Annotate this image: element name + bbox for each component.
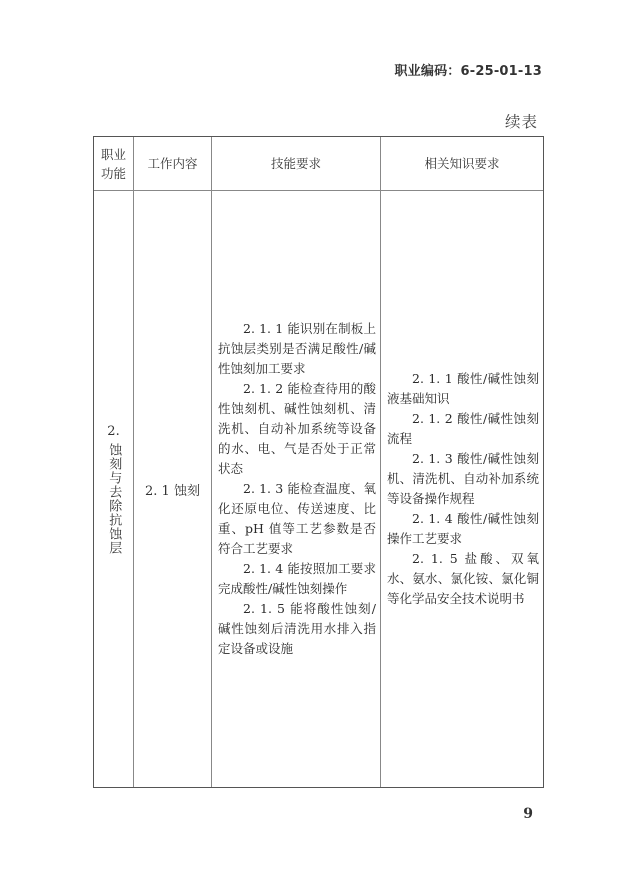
table-row-skills-cell: 2. 1. 1 能识别在制板上抗蚀层类别是否满足酸性/碱性蚀刻加工要求 2. 1… — [212, 191, 381, 787]
knowledge-item: 2. 1. 4 酸性/碱性蚀刻操作工艺要求 — [387, 509, 539, 549]
column-header-function: 职业功能 — [94, 137, 134, 191]
skill-item: 2. 1. 4 能按照加工要求完成酸性/碱性蚀刻操作 — [218, 559, 376, 599]
column-header-work-content: 工作内容 — [134, 137, 212, 191]
table-row-knowledge-cell: 2. 1. 1 酸性/碱性蚀刻液基础知识 2. 1. 2 酸性/碱性蚀刻流程 2… — [381, 191, 543, 787]
function-number: 2. — [107, 423, 119, 441]
skill-item: 2. 1. 1 能识别在制板上抗蚀层类别是否满足酸性/碱性蚀刻加工要求 — [218, 319, 376, 379]
knowledge-item: 2. 1. 5 盐酸、双氧水、氨水、氯化铵、氯化铜等化学品安全技术说明书 — [387, 549, 539, 609]
knowledge-item: 2. 1. 2 酸性/碱性蚀刻流程 — [387, 409, 539, 449]
function-name: 蚀刻与去除抗蚀层 — [105, 443, 123, 555]
knowledge-item: 2. 1. 3 酸性/碱性蚀刻机、清洗机、自动补加系统等设备操作规程 — [387, 449, 539, 509]
column-header-skills: 技能要求 — [212, 137, 381, 191]
knowledge-list: 2. 1. 1 酸性/碱性蚀刻液基础知识 2. 1. 2 酸性/碱性蚀刻流程 2… — [387, 369, 539, 609]
competency-table: 职业功能 工作内容 技能要求 相关知识要求 2. 蚀刻与去除抗蚀层 2. 1 蚀… — [93, 136, 544, 788]
work-content: 2. 1 蚀刻 — [145, 480, 200, 499]
continued-table-label: 续表 — [505, 110, 538, 132]
table-row-work-content-cell: 2. 1 蚀刻 — [134, 191, 212, 787]
skill-item: 2. 1. 5 能将酸性蚀刻/碱性蚀刻后清洗用水排入指定设备或设施 — [218, 599, 376, 659]
table-row-function-cell: 2. 蚀刻与去除抗蚀层 — [94, 191, 134, 787]
skill-item: 2. 1. 3 能检查温度、氧化还原电位、传送速度、比重、pH 值等工艺参数是否… — [218, 479, 376, 559]
skill-item: 2. 1. 2 能检查待用的酸性蚀刻机、碱性蚀刻机、清洗机、自动补加系统等设备的… — [218, 379, 376, 479]
skills-list: 2. 1. 1 能识别在制板上抗蚀层类别是否满足酸性/碱性蚀刻加工要求 2. 1… — [218, 319, 376, 659]
page-number: 9 — [523, 806, 533, 822]
occupation-code: 职业编码：6-25-01-13 — [394, 60, 542, 79]
knowledge-item: 2. 1. 1 酸性/碱性蚀刻液基础知识 — [387, 369, 539, 409]
column-header-knowledge: 相关知识要求 — [381, 137, 543, 191]
